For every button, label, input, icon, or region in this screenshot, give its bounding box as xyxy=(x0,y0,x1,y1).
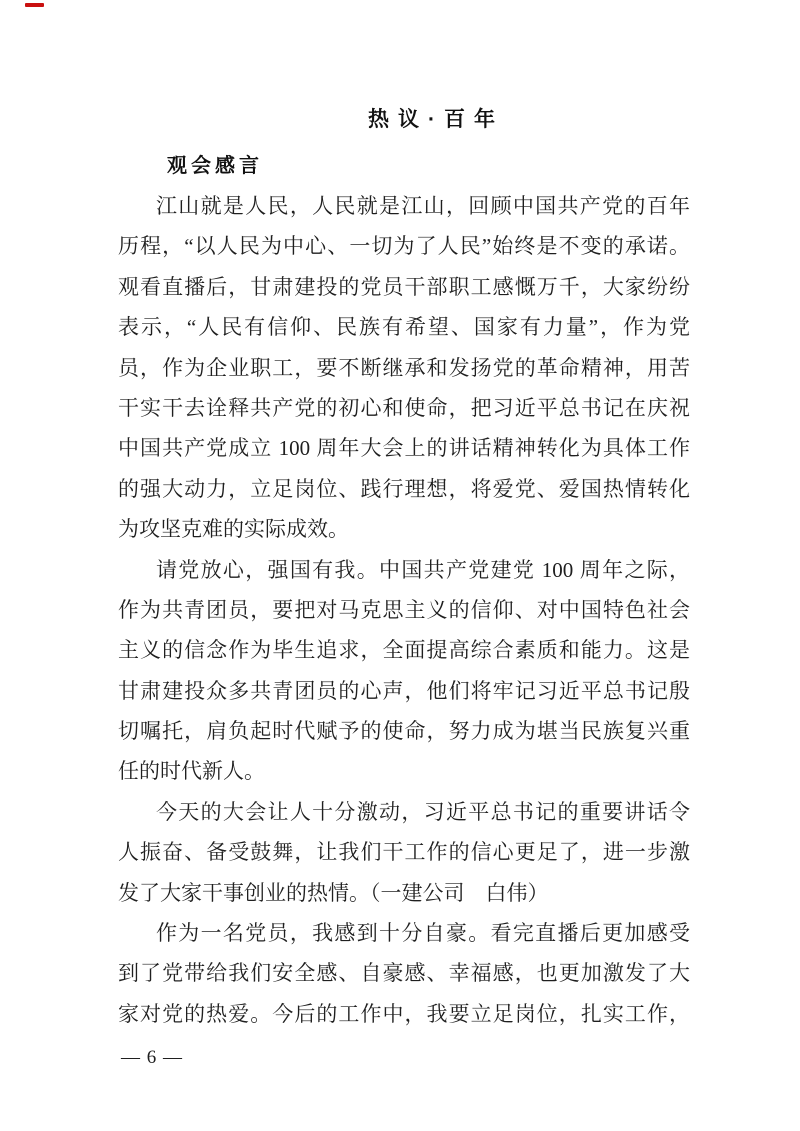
body-line: 作为共青团员，要把对马克思主义的信仰、对中国特色社会 xyxy=(118,590,690,630)
document-page: 热议·百年 观会感言 江山就是人民，人民就是江山，回顾中国共产党的百年历程，“以… xyxy=(0,0,800,1131)
body-line: 切嘱托，肩负起时代赋予的使命，努力成为堪当民族复兴重 xyxy=(118,711,690,751)
body-line: 表示，“人民有信仰、民族有希望、国家有力量”，作为党 xyxy=(118,307,690,347)
body-line: 请党放心，强国有我。中国共产党建党 100 周年之际， xyxy=(118,550,690,590)
body-line: 发了大家干事创业的热情。（一建公司 白伟） xyxy=(118,873,690,913)
body-line: 观看直播后，甘肃建投的党员干部职工感慨万千，大家纷纷 xyxy=(118,267,690,307)
body-line: 家对党的热爱。今后的工作中，我要立足岗位，扎实工作， xyxy=(118,994,690,1034)
body-line: 到了党带给我们安全感、自豪感、幸福感，也更加激发了大 xyxy=(118,953,690,993)
body-line: 历程，“以人民为中心、一切为了人民”始终是不变的承诺。 xyxy=(118,226,690,266)
body-line: 的强大动力，立足岗位、践行理想，将爱党、爱国热情转化 xyxy=(118,469,690,509)
body-line: 中国共产党成立 100 周年大会上的讲话精神转化为具体工作 xyxy=(118,428,690,468)
red-corner-mark xyxy=(25,3,44,7)
section-heading: 观会感言 xyxy=(167,149,263,178)
body-line: 任的时代新人。 xyxy=(118,751,690,791)
paragraph: 请党放心，强国有我。中国共产党建党 100 周年之际，作为共青团员，要把对马克思… xyxy=(118,550,690,792)
body-line: 主义的信念作为毕生追求，全面提高综合素质和能力。这是 xyxy=(118,630,690,670)
paragraph: 江山就是人民，人民就是江山，回顾中国共产党的百年历程，“以人民为中心、一切为了人… xyxy=(118,186,690,550)
paragraph: 作为一名党员，我感到十分自豪。看完直播后更加感受到了党带给我们安全感、自豪感、幸… xyxy=(118,913,690,1034)
body-line: 江山就是人民，人民就是江山，回顾中国共产党的百年 xyxy=(118,186,690,226)
body-line: 今天的大会让人十分激动，习近平总书记的重要讲话令 xyxy=(118,792,690,832)
body-line: 作为一名党员，我感到十分自豪。看完直播后更加感受 xyxy=(118,913,690,953)
body-line: 为攻坚克难的实际成效。 xyxy=(118,509,690,549)
page-title: 热议·百年 xyxy=(118,103,690,133)
paragraph: 今天的大会让人十分激动，习近平总书记的重要讲话令人振奋、备受鼓舞，让我们干工作的… xyxy=(118,792,690,913)
body-line: 甘肃建投众多共青团员的心声，他们将牢记习近平总书记殷 xyxy=(118,671,690,711)
body-line: 员，作为企业职工，要不断继承和发扬党的革命精神，用苦 xyxy=(118,348,690,388)
body-line: 人振奋、备受鼓舞，让我们干工作的信心更足了，进一步激 xyxy=(118,832,690,872)
page-number: — 6 — xyxy=(121,1047,183,1069)
body-line: 干实干去诠释共产党的初心和使命，把习近平总书记在庆祝 xyxy=(118,388,690,428)
article-body: 江山就是人民，人民就是江山，回顾中国共产党的百年历程，“以人民为中心、一切为了人… xyxy=(118,186,690,1034)
